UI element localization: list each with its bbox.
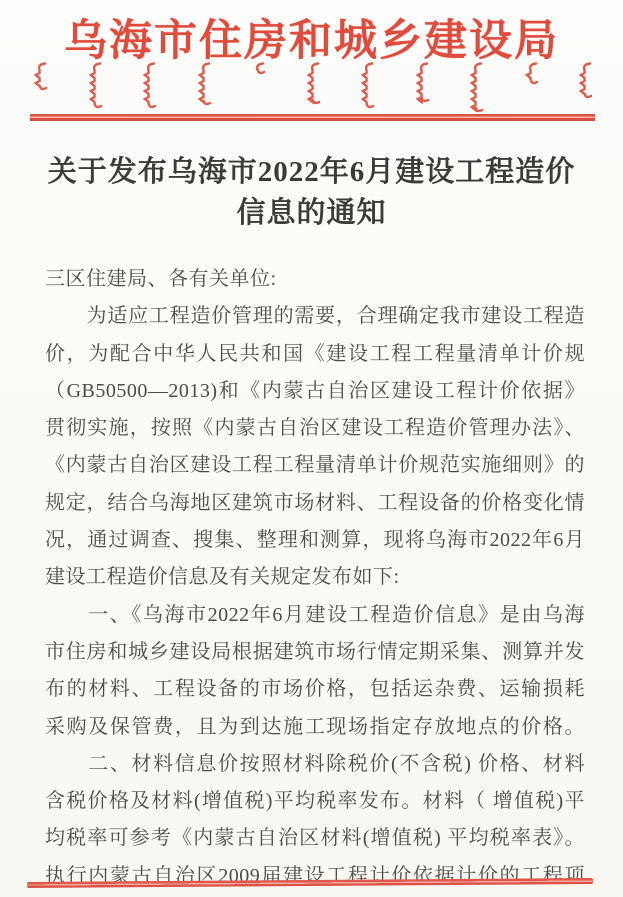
mongolian-glyph-icon (34, 62, 48, 92)
body-line: 《内蒙古自治区建设工程工程量清单计价规范实施细则》的 (45, 447, 585, 484)
mongolian-glyph-icon (416, 62, 430, 104)
body-line: 市住房和城乡建设局根据建筑市场行情定期采集、测算并发 (45, 634, 585, 671)
document-body: 三区住建局、各有关单位: 为适应工程造价管理的需要，合理确定我市建设工程造 价，… (45, 261, 585, 895)
body-line: 布的材料、工程设备的市场价格，包括运杂费、运输损耗费、 (45, 671, 585, 708)
body-line: 建设工程造价信息及有关规定发布如下: (45, 559, 585, 596)
body-line: 价，为配合中华人民共和国《建设工程工程量清单计价规范》 (45, 336, 585, 373)
mongolian-glyph-icon (525, 62, 539, 86)
body-line: 含税价格及材料(增值税)平均税率发布。材料（ 增值税)平 (45, 783, 585, 820)
mongolian-glyph-icon (361, 62, 375, 110)
body-line: 采购及保管费，且为到达施工现场指定存放地点的价格。 (45, 709, 585, 746)
mongolian-glyph-icon (143, 62, 157, 110)
agency-name: 乌海市住房和城乡建设局 (0, 7, 623, 68)
mongolian-glyph-icon (470, 62, 484, 114)
mongolian-glyph-icon (252, 62, 266, 76)
body-line: 均税率可参考《内蒙古自治区材料(增值税) 平均税率表》。 (45, 820, 585, 857)
mongolian-script-row (34, 62, 593, 116)
body-line: 为适应工程造价管理的需要，合理确定我市建设工程造 (45, 298, 585, 335)
title-line-2: 信息的通知 (0, 193, 623, 234)
body-line: 贯彻实施，按照《内蒙古自治区建设工程造价管理办法》、 (45, 410, 585, 447)
body-line: （GB50500—2013)和《内蒙古自治区建设工程计价依据》的 (45, 373, 585, 410)
mongolian-glyph-icon (89, 62, 103, 110)
header-divider-line (30, 114, 595, 121)
body-line: 二、材料信息价按照材料除税价(不含税) 价格、材料 (45, 746, 585, 783)
body-line-salutation: 三区住建局、各有关单位: (45, 261, 585, 298)
mongolian-glyph-icon (579, 62, 593, 100)
document-title: 关于发布乌海市2022年6月建设工程造价 信息的通知 (0, 152, 623, 234)
body-line: 一、《乌海市2022年6月建设工程造价信息》是由乌海 (45, 597, 585, 634)
body-line: 规定，结合乌海地区建筑市场材料、工程设备的价格变化情 (45, 485, 585, 522)
document-page: 乌海市住房和城乡建设局 关于发布乌海市2022年6月建设工程造价 信息的通知 三… (0, 0, 623, 897)
body-line: 况，通过调查、搜集、整理和测算，现将乌海市2022年6月 (45, 522, 585, 559)
title-line-1: 关于发布乌海市2022年6月建设工程造价 (0, 152, 623, 193)
body-line: 执行内蒙古自治区2009届建设工程计价依据计价的工程项 (45, 858, 585, 895)
mongolian-glyph-icon (198, 62, 212, 107)
mongolian-glyph-icon (307, 62, 321, 106)
